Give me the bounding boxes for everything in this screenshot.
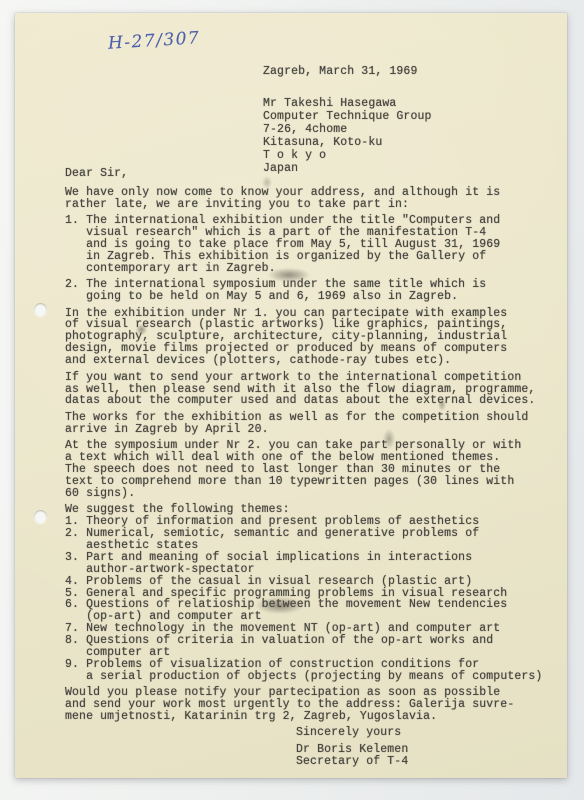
handwritten-reference-number: H-27/307 bbox=[107, 28, 200, 54]
paragraph-participation: In the exhibition under Nr 1. you can pa… bbox=[65, 308, 567, 368]
paragraph-intro: We have only now come to know your addre… bbox=[65, 187, 567, 211]
letter-body: Dear Sir, We have only now come to know … bbox=[65, 168, 567, 768]
recipient-address: Mr Takeshi Hasegawa Computer Technique G… bbox=[263, 97, 432, 175]
letter-paper: H-27/307 Zagreb, March 31, 1969 Mr Takes… bbox=[15, 13, 567, 778]
paragraph-competition: If you want to send your artwork to the … bbox=[65, 372, 567, 408]
paragraph-notify: Would you please notify your partecipati… bbox=[65, 687, 567, 723]
paragraph-themes-list: We suggest the following themes: 1. Theo… bbox=[65, 504, 567, 683]
salutation: Dear Sir, bbox=[65, 168, 567, 180]
paragraph-exhibition-item: 1. The international exhibition under th… bbox=[65, 215, 567, 275]
punch-hole-top bbox=[34, 303, 47, 316]
paragraph-symposium-item: 2. The international symposium under the… bbox=[65, 279, 567, 303]
closing: Sincerely yours bbox=[296, 727, 567, 739]
punch-hole-bottom bbox=[34, 510, 47, 523]
paragraph-deadline: The works for the exhibition as well as … bbox=[65, 412, 567, 436]
paragraph-symposium-rules: At the symposium under Nr 2. you can tak… bbox=[65, 440, 567, 500]
date-line: Zagreb, March 31, 1969 bbox=[263, 66, 417, 78]
scan-background: H-27/307 Zagreb, March 31, 1969 Mr Takes… bbox=[0, 0, 584, 800]
signature: Dr Boris Kelemen Secretary of T-4 bbox=[296, 744, 567, 768]
